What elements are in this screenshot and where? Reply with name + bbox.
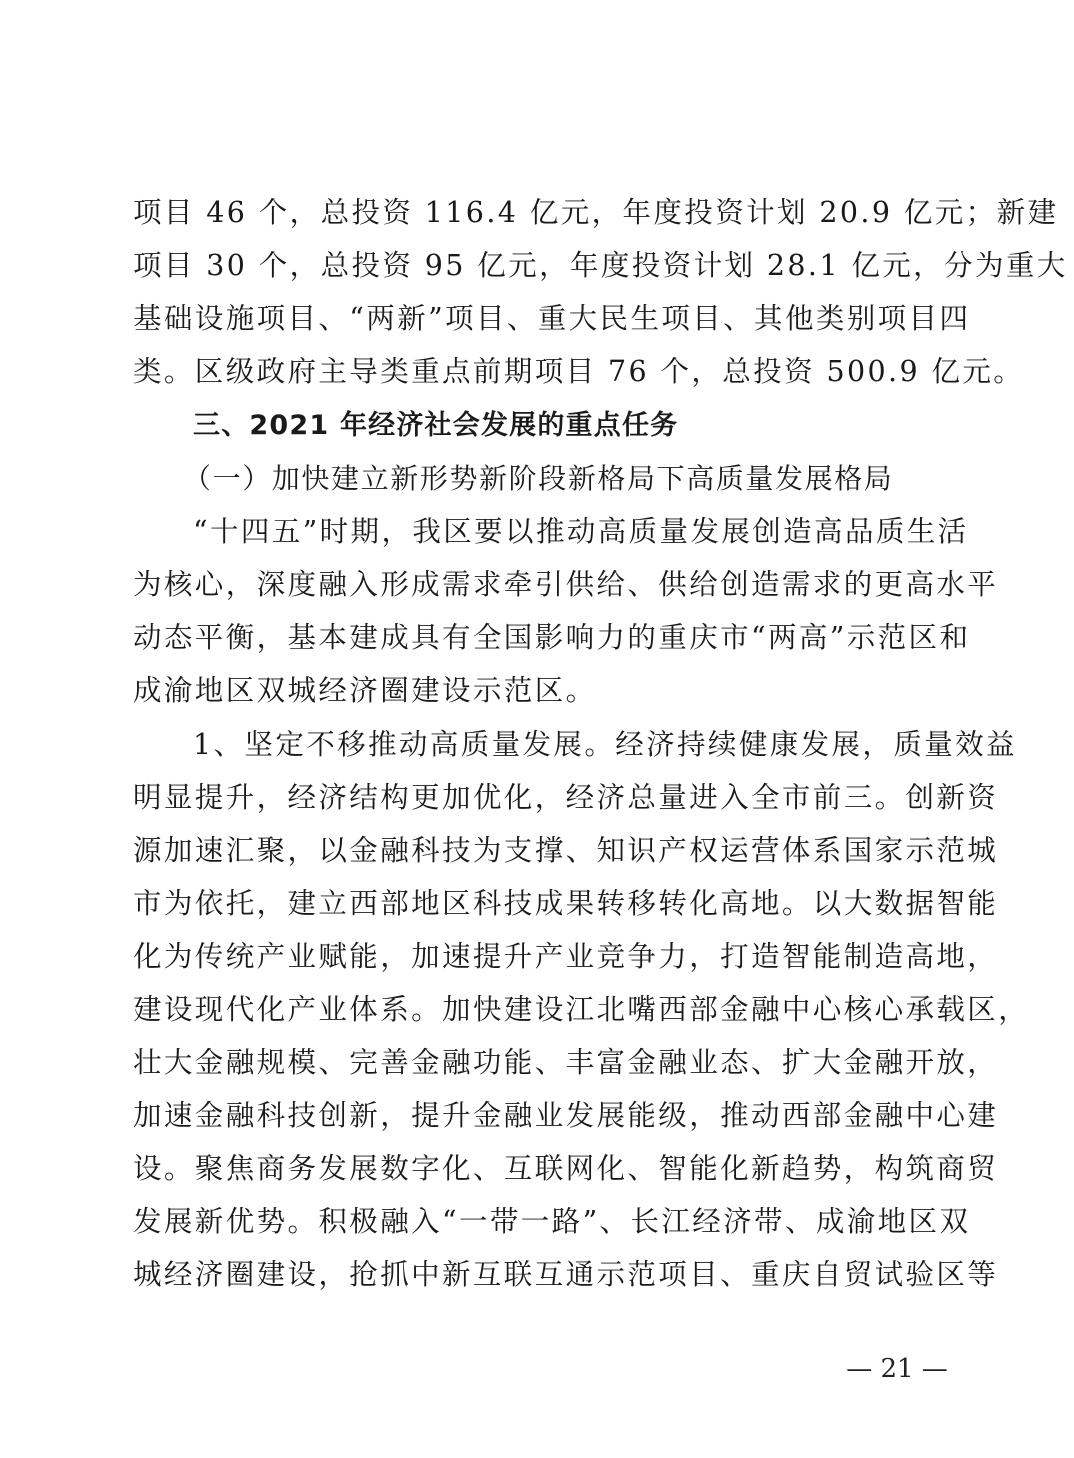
paragraph-line: 加速金融科技创新，提升金融业发展能级，推动西部金融中心建 <box>133 1096 945 1136</box>
paragraph-line: 壮大金融规模、完善金融功能、丰富金融业态、扩大金融开放， <box>133 1043 945 1083</box>
paragraph-line: 市为依托，建立西部地区科技成果转移转化高地。以大数据智能 <box>133 884 945 924</box>
paragraph-line: 源加速汇聚，以金融科技为支撑、知识产权运营体系国家示范城 <box>133 831 945 871</box>
paragraph-line: 类。区级政府主导类重点前期项目 76 个，总投资 500.9 亿元。 <box>133 352 945 392</box>
subsection-heading: （一）加快建立新形势新阶段新格局下高质量发展格局 <box>183 459 945 499</box>
document-page: 项目 46 个，总投资 116.4 亿元，年度投资计划 20.9 亿元；新建 项… <box>0 0 1074 1458</box>
paragraph-line: 项目 46 个，总投资 116.4 亿元，年度投资计划 20.9 亿元；新建 <box>133 193 945 233</box>
paragraph-line: 1、坚定不移推动高质量发展。经济持续健康发展，质量效益 <box>193 725 945 765</box>
paragraph-line: 成渝地区双城经济圈建设示范区。 <box>133 671 945 711</box>
paragraph-line: 城经济圈建设，抢抓中新互联互通示范项目、重庆自贸试验区等 <box>133 1255 945 1295</box>
paragraph-line: “十四五”时期，我区要以推动高质量发展创造高品质生活 <box>193 512 945 552</box>
paragraph-line: 设。聚焦商务发展数字化、互联网化、智能化新趋势，构筑商贸 <box>133 1149 945 1189</box>
paragraph-line: 建设现代化产业体系。加快建设江北嘴西部金融中心核心承载区， <box>133 990 945 1030</box>
section-heading: 三、2021 年经济社会发展的重点任务 <box>193 406 945 446</box>
paragraph-line: 动态平衡，基本建成具有全国影响力的重庆市“两高”示范区和 <box>133 618 945 658</box>
paragraph-line: 化为传统产业赋能，加速提升产业竞争力，打造智能制造高地， <box>133 937 945 977</box>
paragraph-line: 基础设施项目、“两新”项目、重大民生项目、其他类别项目四 <box>133 299 945 339</box>
paragraph-line: 为核心，深度融入形成需求牵引供给、供给创造需求的更高水平 <box>133 565 945 605</box>
paragraph-line: 明显提升，经济结构更加优化，经济总量进入全市前三。创新资 <box>133 778 945 818</box>
paragraph-line: 项目 30 个，总投资 95 亿元，年度投资计划 28.1 亿元，分为重大 <box>133 246 945 286</box>
page-number: — 21 — <box>842 1352 952 1386</box>
paragraph-line: 发展新优势。积极融入“一带一路”、长江经济带、成渝地区双 <box>133 1202 945 1242</box>
